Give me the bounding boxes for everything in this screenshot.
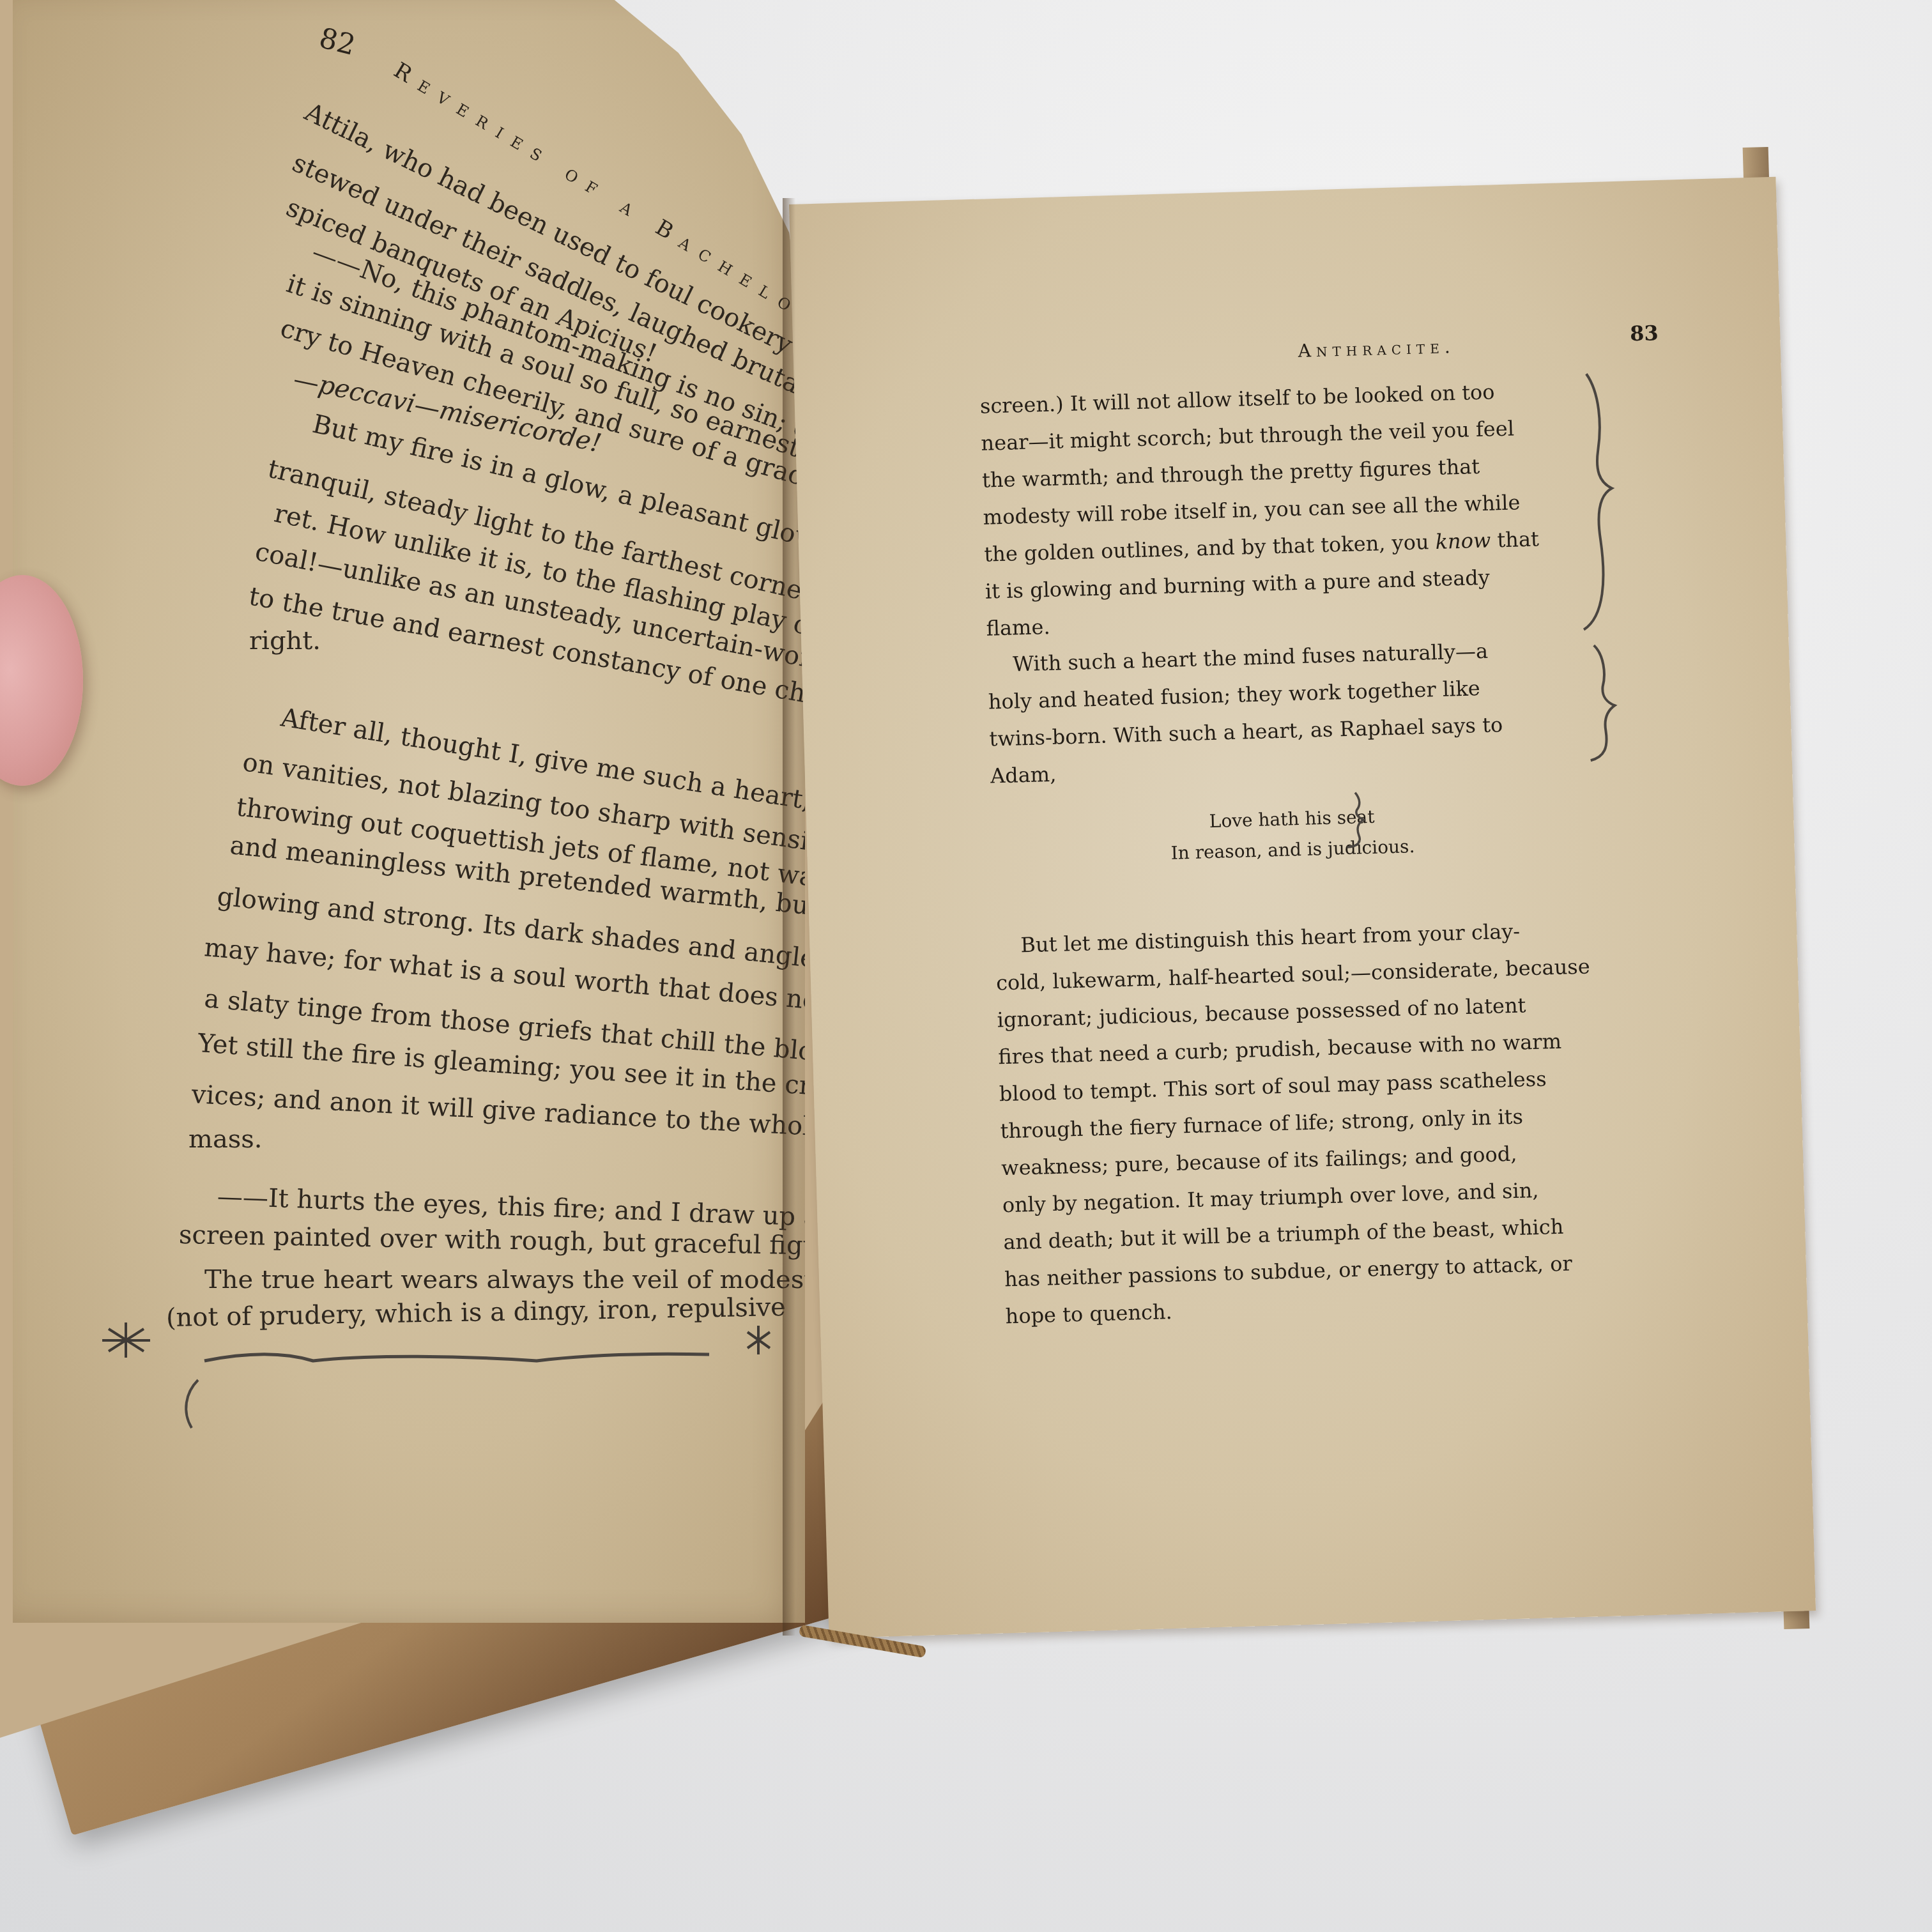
- pencil-paren: [186, 1380, 198, 1428]
- right-running-head: Anthracite.: [1298, 336, 1455, 362]
- pencil-star-right-icon: [747, 1326, 770, 1354]
- right-page: Anthracite. 83 screen.) It will not allo…: [789, 177, 1816, 1638]
- right-page-number: 83: [1630, 321, 1659, 346]
- left-text-line: The true heart wears always the veil of …: [204, 1265, 854, 1294]
- book-gutter: [783, 198, 795, 1636]
- left-page: 82 Reveries of a Bachelor. Attila, who h…: [13, 0, 805, 1623]
- photo-scene: 82 Reveries of a Bachelor. Attila, who h…: [0, 0, 1932, 1932]
- left-text-line: (not of prudery, which is a dingy, iron,…: [166, 1292, 786, 1333]
- left-text-line: right.: [249, 626, 321, 655]
- paragraph-3: But let me distinguish this heart from y…: [995, 910, 1606, 1335]
- pencil-star-left-icon: [102, 1322, 150, 1358]
- pencil-underline: [204, 1354, 709, 1361]
- paragraph-2: With such a heart the mind fuses natural…: [986, 629, 1591, 794]
- paragraph-1: screen.) It will not allow itself to be …: [979, 371, 1587, 647]
- left-text-line: mass.: [188, 1124, 263, 1154]
- left-page-number: 82: [316, 22, 359, 62]
- right-page-text-block: Anthracite. 83 screen.) It will not allo…: [974, 183, 1575, 199]
- verse-quote: Love hath his seat In reason, and is jud…: [992, 795, 1593, 873]
- pencil-brace-paragraph-2-icon: [1588, 645, 1616, 760]
